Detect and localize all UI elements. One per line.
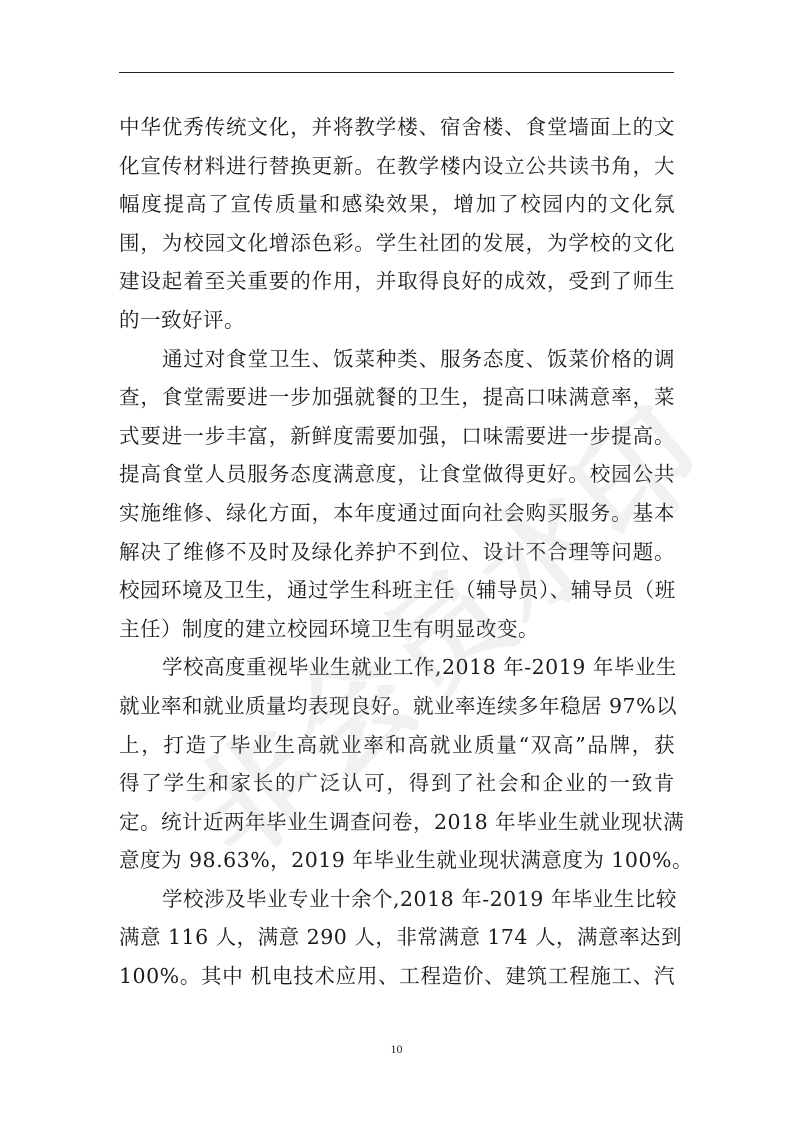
paragraph: 学校高度重视毕业生就业工作,2018 年-2019 年毕业生 就业率和就业质量均… (119, 648, 675, 880)
text-line: 中华优秀传统文化，并将教学楼、宿舍楼、食堂墙面上的文 (119, 108, 675, 147)
text-line: 100%。其中 机电技术应用、工程造价、建筑工程施工、汽 (119, 957, 675, 996)
text-line: 得了学生和家长的广泛认可，得到了社会和企业的一致肯 (119, 764, 675, 803)
text-line: 围，为校园文化增添色彩。学生社团的发展，为学校的文化 (119, 224, 675, 263)
text-line: 意度为 98.63%，2019 年毕业生就业现状满意度为 100%。 (119, 841, 675, 880)
paragraph: 通过对食堂卫生、饭菜种类、服务态度、饭菜价格的调 查，食堂需要进一步加强就餐的卫… (119, 340, 675, 649)
text-line: 定。统计近两年毕业生调查问卷，2018 年毕业生就业现状满 (119, 803, 675, 842)
text-line: 学校高度重视毕业生就业工作,2018 年-2019 年毕业生 (119, 648, 675, 687)
text-line: 主任）制度的建立校园环境卫生有明显改变。 (119, 610, 675, 649)
text-line: 式要进一步丰富，新鲜度需要加强，口味需要进一步提高。 (119, 417, 675, 456)
text-line: 学校涉及毕业专业十余个,2018 年-2019 年毕业生比较 (119, 880, 675, 919)
text-line: 查，食堂需要进一步加强就餐的卫生，提高口味满意率，菜 (119, 378, 675, 417)
text-line: 通过对食堂卫生、饭菜种类、服务态度、饭菜价格的调 (119, 340, 675, 379)
text-line: 就业率和就业质量均表现良好。就业率连续多年稳居 97%以 (119, 687, 675, 726)
document-page: 中华优秀传统文化，并将教学楼、宿舍楼、食堂墙面上的文 化宣传材料进行替换更新。在… (0, 0, 793, 1122)
text-line: 解决了维修不及时及绿化养护不到位、设计不合理等问题。 (119, 533, 675, 572)
text-line: 的一致好评。 (119, 301, 675, 340)
paragraph: 学校涉及毕业专业十余个,2018 年-2019 年毕业生比较 满意 116 人，… (119, 880, 675, 996)
text-line: 上，打造了毕业生高就业率和高就业质量“双高”品牌，获 (119, 726, 675, 765)
text-line: 实施维修、绿化方面，本年度通过面向社会购买服务。基本 (119, 494, 675, 533)
text-line: 校园环境及卫生，通过学生科班主任（辅导员）、辅导员（班 (119, 571, 675, 610)
text-line: 满意 116 人，满意 290 人，非常满意 174 人，满意率达到 (119, 918, 675, 957)
text-line: 化宣传材料进行替换更新。在教学楼内设立公共读书角，大 (119, 147, 675, 186)
text-line: 提高食堂人员服务态度满意度，让食堂做得更好。校园公共 (119, 455, 675, 494)
text-line: 建设起着至关重要的作用，并取得良好的成效，受到了师生 (119, 262, 675, 301)
paragraph: 中华优秀传统文化，并将教学楼、宿舍楼、食堂墙面上的文 化宣传材料进行替换更新。在… (119, 108, 675, 340)
body-text: 中华优秀传统文化，并将教学楼、宿舍楼、食堂墙面上的文 化宣传材料进行替换更新。在… (119, 108, 675, 996)
text-line: 幅度提高了宣传质量和感染效果，增加了校园内的文化氛 (119, 185, 675, 224)
page-number: 10 (0, 1042, 793, 1057)
header-rule (119, 72, 674, 73)
